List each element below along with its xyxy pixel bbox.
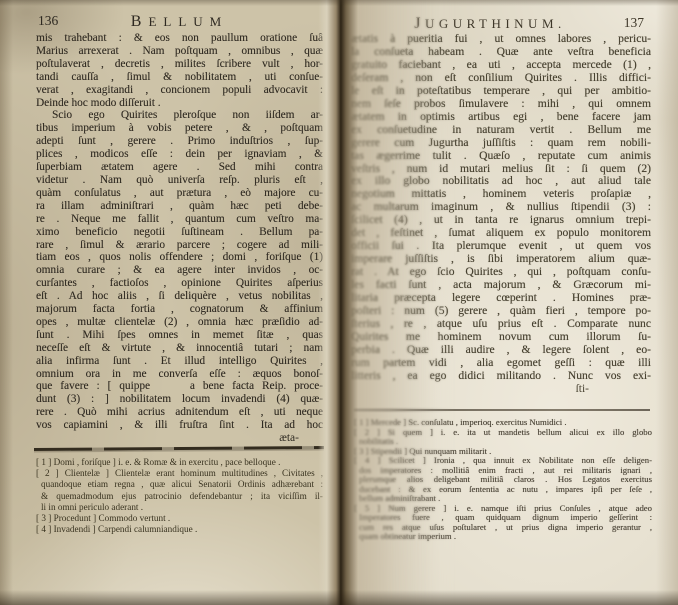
left-text-line: ximo beneficio negotii ſuſtineam . Bellu… (36, 226, 323, 239)
right-text-line: gratuito faciebant , ea uti , accepta me… (351, 59, 651, 72)
right-text-line: Quirites me hominem novum cum illorum ſu… (351, 331, 651, 344)
left-text-line: curſantes , factioſos , opinione Quirite… (36, 277, 323, 290)
left-text-line: Marius arrexerat . Nam poſtquam , omnibu… (36, 45, 323, 58)
left-text-line: Deinde hoc modo diſſeruit . (36, 97, 323, 110)
right-text-line: tas ægerrime tulit . Quæſo , reputate cu… (351, 150, 651, 163)
right-text-line: ætatem in optimis artibus egi , bene fac… (351, 111, 651, 124)
left-footnote-line: [ 2 ] Clientelæ ] Clientelæ erant hominu… (36, 468, 323, 479)
left-text-line: majorum facta fortia , cognatorum & affi… (36, 303, 323, 316)
left-text-line: mis trahebant : & eos non paullum oratio… (36, 32, 323, 45)
left-footnote-line: [ 4 ] Invadendi ] Carpendi calumniandiqu… (36, 524, 323, 535)
left-footnote-line: [ 1 ] Domi , foriſque ] i. e. & Romæ & i… (36, 457, 323, 468)
right-catchword: ſti- (351, 383, 651, 395)
left-text-line: rare , ſimul & ærario parcere ; cogere a… (36, 239, 323, 252)
left-text-block: mis trahebant : & eos non paullum oratio… (36, 32, 323, 432)
left-text-line: verat , exagitandi , concionem populi ad… (36, 84, 323, 97)
right-text-line: litteris , ea ego didici militando . Nun… (351, 370, 651, 383)
left-text-line: adepti ſunt , gerere . Primo induſtrios … (36, 135, 323, 148)
left-text-line: tiam eos , quos nolis offendere ; domi ,… (36, 251, 323, 264)
right-page-number: 137 (624, 15, 644, 31)
left-text-line: ſuperbiam ætatem agere . Sed mihi contra (36, 161, 323, 174)
left-text-line: plices , modicos eſſe : dein per ignavia… (36, 148, 323, 161)
right-text-block: ætatis à pueritia fui , ut omnes labores… (351, 33, 651, 383)
right-footnotes: [ 1 ] Mercede ] Sc. conſulatu , imperioq… (354, 418, 652, 542)
left-text-line: ra illam adminiſtrari , quàm hæc peti de… (36, 200, 323, 213)
right-text-line: la conſueta habeam . Quæ ante veſtra ben… (351, 46, 651, 59)
left-text-line: Scio ego Quirites pleroſque non iiſdem a… (36, 109, 323, 122)
left-footnote-line: [ 3 ] Procedunt ] Commodo vertunt . (36, 513, 323, 524)
left-text-line: neceſſe eſt & virtute , & innocentiâ tut… (36, 342, 323, 355)
right-footnote-line: quam obtineatur imperium . (354, 532, 652, 542)
left-footnote-line: & quemadmodum ejus patrocinio defendeban… (36, 491, 323, 502)
left-text-line: poſtulaverat , decretis , milites ſcribe… (36, 58, 323, 71)
left-text-line: tibus imperium à vobis petere , & , poſt… (36, 122, 323, 135)
left-page: 136 BELLUM mis trahebant : & eos non pau… (0, 0, 334, 605)
left-text-line: videtur . Nam quò univerſa reſp. pluris … (36, 174, 323, 187)
left-text-line: opes , multæ clientelæ (2) , omnia hæc p… (36, 316, 323, 329)
left-text-line: que favere : [ quippe a bene facta Reip.… (36, 380, 323, 393)
left-text-line: re . Neque me fallit , quantum cum veſtr… (36, 213, 323, 226)
book-scan: 136 BELLUM mis trahebant : & eos non pau… (0, 0, 678, 605)
left-text-line: tandi cauſſa , ſimul & nobilitatem , uti… (36, 71, 323, 84)
left-text-line: alia infirma ſunt . Et illud intelligo Q… (36, 355, 323, 368)
left-page-header: 136 BELLUM (36, 13, 323, 31)
left-footnote-line: quandoque etiam regna , quæ alicui Senat… (36, 479, 323, 490)
left-text-line: omnia curare ; & ea agere inter invidos … (36, 264, 323, 277)
right-text-line: gerere cum Jugurtha juſſiſtis : quam rem… (351, 137, 651, 150)
right-footnote-line: [ 2 ] Si quem ] i. e. ita ut mandetis be… (354, 428, 652, 438)
right-text-line: rum partem vidi , alia egomet geſſi : qu… (351, 357, 651, 370)
left-running-title: BELLUM (36, 13, 323, 31)
right-text-line: perbia . Quæ illi audire , & legere ſole… (351, 344, 651, 357)
left-catchword: æta- (36, 432, 323, 444)
right-text-line: ætatis à pueritia fui , ut omnes labores… (351, 33, 651, 46)
right-text-line: ſterius , re , atque uſu prius eſt . Com… (351, 318, 651, 331)
right-footnote-rule (354, 409, 650, 411)
left-footnote-line: li in omni periculo aderant . (36, 502, 323, 513)
left-footnote-rule (34, 446, 324, 451)
right-page-header: JUGURTHINUM. 137 (352, 15, 664, 33)
left-text-line: dunt (3) : ] nobilitatem locum invadendi… (36, 393, 323, 406)
left-text-line: eſt . Ad hoc aliis , ſi deliquère , vetu… (36, 290, 323, 303)
left-text-line: omnium ora in me converſa eſſe : æquos b… (36, 368, 323, 381)
right-running-title: JUGURTHINUM. (370, 15, 610, 33)
right-text-line: ex conſuetudine in naturam vertit . Bell… (351, 124, 651, 137)
right-text-line: nem ſeſe probos ſimulavere : mihi , qui … (351, 98, 651, 111)
left-text-line: vos capiamini , & illi fruſtra ſint . It… (36, 419, 323, 432)
left-footnotes: [ 1 ] Domi , foriſque ] i. e. & Romæ & i… (36, 457, 323, 535)
right-text-line: deſeram , non eſt conſilium Quirites . I… (351, 72, 651, 85)
left-text-line: rere . Quò mihi acrius adnitendum eſt , … (36, 406, 323, 419)
right-page: JUGURTHINUM. 137 ætatis à pueritia fui ,… (346, 0, 678, 605)
right-text-line: le eſt in poteſtatibus temperare , qui p… (351, 85, 651, 98)
left-text-line: quàm conſulatus , aut prætura , eò major… (36, 187, 323, 200)
left-text-line: ſunt . Mihi ſpes omnes in memet ſitæ , q… (36, 329, 323, 342)
